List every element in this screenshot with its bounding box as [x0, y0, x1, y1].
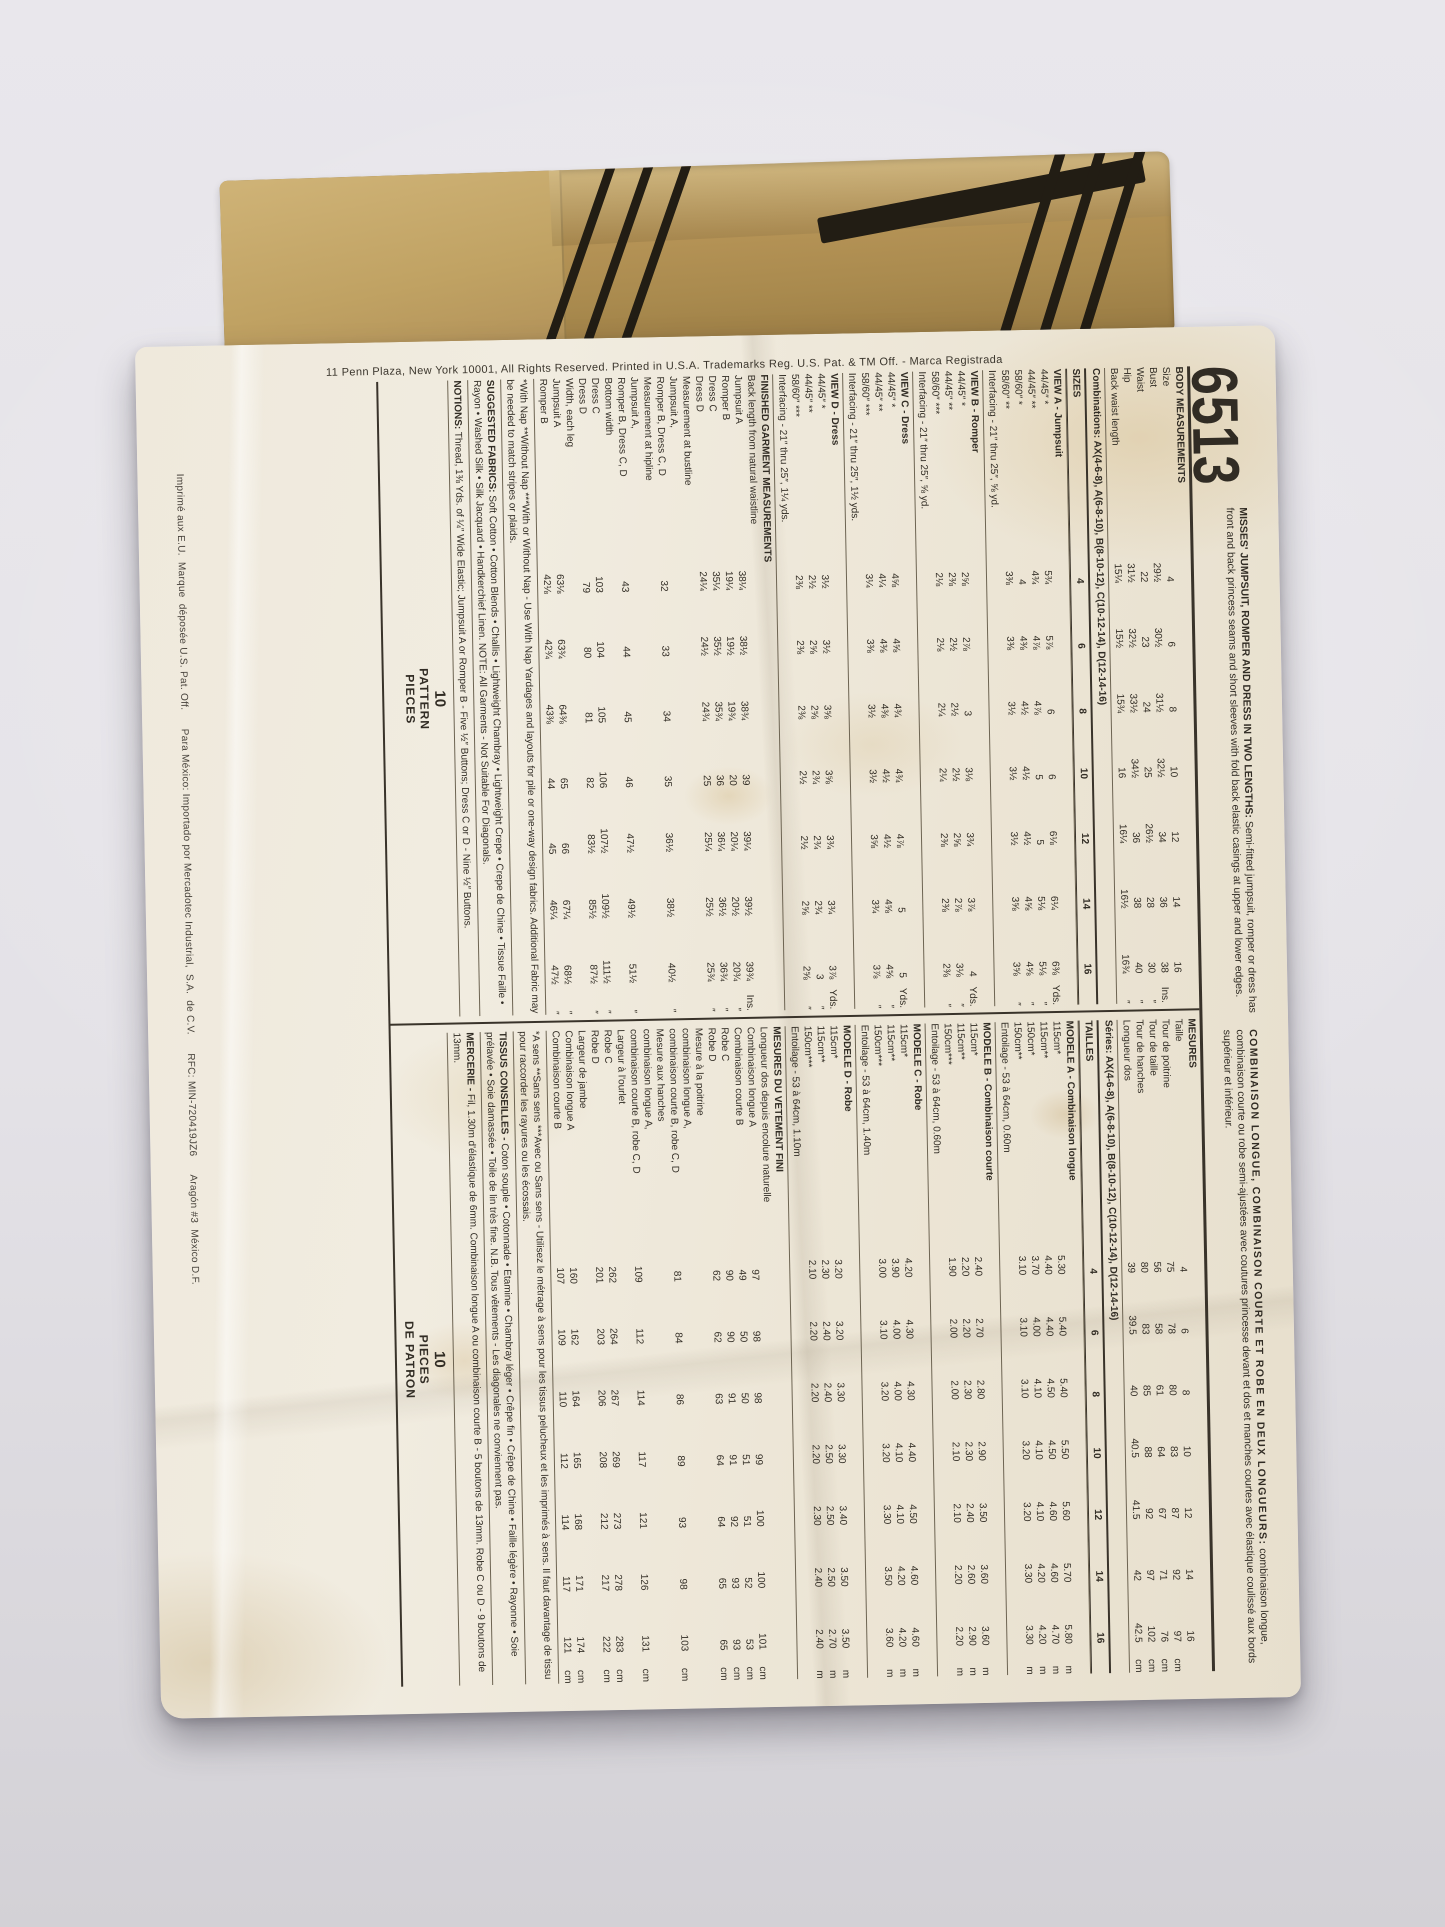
row-value: 64	[712, 1404, 726, 1466]
row-value: 5.60	[1058, 1459, 1072, 1521]
row-value: 5	[1032, 780, 1046, 845]
section-view: VIEW C - Dress44/45″ *4⅝4⅝4¾4¾4⅞55Yds.44…	[843, 372, 925, 1009]
row-value: 5.50	[1057, 1398, 1071, 1460]
row-value: 30	[1144, 908, 1158, 973]
row-value: 4.50	[1043, 1336, 1057, 1398]
row-value: 2.70	[972, 1276, 986, 1338]
row-value: 62	[708, 1219, 722, 1281]
row-value: 38	[1157, 908, 1171, 973]
row-value: 4.10	[1030, 1336, 1044, 1398]
row-unit: ″	[600, 983, 614, 1013]
row-value: 43	[617, 527, 631, 592]
row-value: 112	[632, 1283, 646, 1345]
row-value: 3.60	[978, 1584, 992, 1646]
row-value: 34	[659, 657, 673, 722]
row-value: 2.40	[820, 1341, 834, 1403]
row-value: 40.5	[1127, 1396, 1141, 1458]
row-value: 29½	[1149, 517, 1163, 582]
row-value: 2¼	[935, 716, 949, 781]
row-unit: ″	[1132, 973, 1146, 1003]
row-value: 3.10	[1017, 1337, 1031, 1399]
row-value: 106	[595, 723, 609, 788]
english-title-block: MISSES' JUMPSUIT, ROMPER AND DRESS IN TW…	[1223, 507, 1259, 1015]
row-value: 3.10	[876, 1278, 890, 1340]
row-value: 5	[1031, 715, 1045, 780]
row-value: 80	[1165, 1334, 1179, 1396]
row-value: 10	[1076, 714, 1090, 779]
row-value: 98	[675, 1528, 689, 1590]
row-value: 39¾	[742, 916, 756, 981]
row-value: 97	[1142, 1519, 1156, 1581]
row-value: 30½	[1150, 582, 1164, 647]
row-value: 3.20	[830, 1217, 844, 1279]
row-value: 4⅝	[880, 848, 894, 913]
row-value: 3⅝	[866, 783, 880, 848]
row-value: 3⅝	[1009, 910, 1023, 975]
row-unit: m	[839, 1648, 853, 1678]
row-unit: cm	[613, 1652, 627, 1682]
row-value: 31½	[1123, 517, 1137, 582]
row-value: 4.10	[891, 1401, 905, 1463]
row-value: 68½	[560, 919, 574, 984]
row-value: 3.70	[1027, 1213, 1041, 1275]
row-value: 45	[544, 789, 558, 854]
row-unit: m	[1036, 1644, 1050, 1674]
row-value: 83	[1166, 1395, 1180, 1457]
row-label: TAILLES	[1082, 1020, 1099, 1212]
row-value: 99	[751, 1403, 765, 1465]
row-value: 33½	[1126, 648, 1140, 713]
row-value: 109½	[597, 853, 611, 918]
row-value: 2.40	[819, 1279, 833, 1341]
row-unit	[1081, 974, 1095, 1004]
row-value: 3.20	[1018, 1398, 1032, 1460]
section-view: VIEW D - Dress44/45″ *3½3½3⅝3⅝3¾3¾3⅞Yds.…	[773, 373, 855, 1010]
row-value: 4⅝	[882, 913, 896, 978]
row-value: 92	[1141, 1458, 1155, 1520]
row-value: 49	[734, 1219, 748, 1281]
row-value: 2.20	[959, 1276, 973, 1338]
row-value: 2¾	[809, 784, 823, 849]
row-unit: m	[1049, 1644, 1063, 1674]
row-value: 174	[573, 1592, 587, 1654]
row-value: 71	[1155, 1519, 1169, 1581]
row-value: 5	[893, 848, 907, 913]
row-value: 3½	[865, 718, 879, 783]
printed-page: 11 Penn Plaza, New York 10001, All Right…	[166, 335, 1282, 1701]
row-value: 2.30	[809, 1464, 823, 1526]
row-unit: ″	[1036, 975, 1050, 1005]
row-unit: cm	[756, 1650, 770, 1680]
row-value: 283	[612, 1591, 626, 1653]
row-value: 38	[1129, 843, 1143, 908]
row-value: 4.00	[1029, 1275, 1043, 1337]
row-value: 201	[592, 1222, 606, 1284]
row-value: 20¾	[729, 916, 743, 981]
row-value: 38¼	[734, 525, 748, 590]
row-value: 25	[699, 721, 713, 786]
row-label: SIZES	[1069, 368, 1085, 518]
row-value: 278	[610, 1529, 624, 1591]
row-value: 2⅝	[797, 849, 811, 914]
row-value: 79	[578, 528, 592, 593]
row-value: 3.30	[833, 1340, 847, 1402]
row-unit: ″	[587, 984, 601, 1014]
row-value: 4.60	[1046, 1521, 1060, 1583]
row-value: 4.70	[1048, 1582, 1062, 1644]
paragraph-lead: SUGGESTED FABRICS:	[484, 380, 497, 493]
row-value: 3.20	[877, 1339, 891, 1401]
row-value: 24	[1139, 647, 1153, 712]
row-value: 10	[1166, 712, 1180, 777]
row-value: 82	[582, 723, 596, 788]
row-value: 2⅝	[799, 915, 813, 980]
row-unit: m	[1023, 1645, 1037, 1675]
row-value: 63⅛	[552, 528, 566, 593]
row-value: 42.5	[1131, 1581, 1145, 1643]
row-value: 3.50	[838, 1587, 852, 1649]
row-value: 264	[606, 1283, 620, 1345]
row-value: 2⅝	[949, 781, 963, 846]
row-value: 2.40	[812, 1587, 826, 1649]
row-value: 4½	[1017, 650, 1031, 715]
row-value: 114	[557, 1469, 571, 1531]
row-value: 35½	[709, 590, 723, 655]
row-unit: cm	[1132, 1642, 1146, 1672]
row-value: 46	[621, 722, 635, 787]
row-value: 92	[726, 1465, 740, 1527]
row-value: 16	[1114, 713, 1128, 778]
row-value: 36	[1128, 778, 1142, 843]
row-unit: ″	[561, 984, 575, 1014]
row-value: 62	[710, 1281, 724, 1343]
row-value: 39½	[740, 850, 754, 915]
row-value: 2.10	[948, 1400, 962, 1462]
row-value: 4	[965, 911, 979, 976]
row-value: 24½	[696, 591, 710, 656]
row-value: 168	[570, 1468, 584, 1530]
row-value: 4¾	[1027, 519, 1041, 584]
row-value: 25	[1140, 713, 1154, 778]
row-value: 3.60	[882, 1586, 896, 1648]
row-value: 2⅜	[939, 912, 953, 977]
row-value: 4⅜	[877, 652, 891, 717]
row-value: 14	[1078, 844, 1092, 909]
row-value: 3⅜	[1002, 585, 1016, 650]
section-view: MODELE C - Robe115cm*4.204.304.304.404.5…	[856, 1024, 939, 1678]
french-column: MESURESTaille46810121416Tour de poitrine…	[391, 1010, 1213, 1686]
row-value: 5⅛	[1033, 845, 1047, 910]
table-columns: BODY MEASUREMENTSSize46810121416Bust29½3…	[376, 366, 1212, 1686]
row-value: 4.30	[903, 1339, 917, 1401]
row-value: 2.40	[970, 1214, 984, 1276]
row-value: 2.20	[808, 1402, 822, 1464]
row-value: 34½	[1127, 713, 1141, 778]
row-unit	[1171, 973, 1185, 1003]
row-value: 3¾	[962, 781, 976, 846]
row-value: 6⅜	[1048, 910, 1062, 975]
row-value: 38½	[662, 852, 676, 917]
row-value: 36	[1155, 843, 1169, 908]
row-unit: ″	[1010, 976, 1024, 1006]
row-value: 121	[560, 1592, 574, 1654]
row-value: 12	[1077, 779, 1091, 844]
row-value: 2⅜	[937, 847, 951, 912]
row-value: 25¾	[703, 916, 717, 981]
paragraph-lead: MERCERIE -	[464, 1032, 476, 1091]
row-value: 100	[753, 1527, 767, 1589]
tissue-fold	[219, 170, 566, 359]
envelope: 11 Penn Plaza, New York 10001, All Right…	[135, 325, 1301, 1719]
row-value: 112	[556, 1407, 570, 1469]
row-value: 40½	[664, 917, 678, 982]
row-unit: m	[826, 1648, 840, 1678]
row-value: 3⅝	[1007, 845, 1021, 910]
imprint-line: Imprimé aux E.U. Marque déposée U.S. Pat…	[174, 474, 208, 1661]
row-unit: m	[953, 1646, 967, 1676]
row-value: 2⅜	[791, 524, 805, 589]
row-value: 8	[1165, 647, 1179, 712]
row-value: 2.50	[822, 1464, 836, 1526]
row-value: 15½	[1111, 583, 1125, 648]
row-unit: Yds.	[896, 978, 910, 1008]
row-unit: cm	[730, 1650, 744, 1680]
row-value: 40	[1126, 1335, 1140, 1397]
row-value: 2½	[945, 586, 959, 651]
row-value: 4.10	[1032, 1460, 1046, 1522]
row-value: 117	[634, 1406, 648, 1468]
row-value: 2⅜	[794, 654, 808, 719]
row-value: 52	[740, 1527, 754, 1589]
row-value: 2.20	[950, 1523, 964, 1585]
row-value: 2⅜	[792, 589, 806, 654]
row-value: 109	[554, 1284, 568, 1346]
row-value: 4½	[1019, 780, 1033, 845]
row-value: 4.50	[1044, 1398, 1058, 1460]
row-value: 39	[1123, 1212, 1137, 1274]
row-value: 41.5	[1128, 1458, 1142, 1520]
row-value: 3.50	[836, 1525, 850, 1587]
row-value: 16	[1170, 907, 1184, 972]
row-value: 65	[714, 1527, 728, 1589]
row-unit: Yds.	[826, 979, 840, 1009]
row-value: 80	[1136, 1211, 1150, 1273]
row-value: 217	[597, 1530, 611, 1592]
row-unit: ″	[1145, 973, 1159, 1003]
row-value: 2⅛	[932, 586, 946, 651]
row-value: 16	[1093, 1582, 1107, 1644]
row-value: 2.30	[961, 1399, 975, 1461]
row-value: 36½	[714, 851, 728, 916]
row-value: 4½	[879, 783, 893, 848]
row-unit: cm	[639, 1652, 653, 1682]
row-value: 2¼	[934, 651, 948, 716]
row-unit	[1094, 1643, 1108, 1673]
row-unit: ″	[626, 983, 640, 1013]
row-unit: cm	[678, 1651, 692, 1681]
row-unit: m	[896, 1647, 910, 1677]
row-unit: ″	[870, 978, 884, 1008]
row-value: 64	[713, 1466, 727, 1528]
section-view: VIEW B - Romper44/45″ *2⅝2⅞33⅛3¾3⅞4Yds.4…	[913, 370, 995, 1007]
row-value: 6⅛	[1045, 779, 1059, 844]
row-value: 3½	[864, 653, 878, 718]
row-value: 34	[1154, 777, 1168, 842]
row-value: 117	[558, 1530, 572, 1592]
row-value: 5.40	[1055, 1274, 1069, 1336]
english-column: BODY MEASUREMENTSSize46810121416Bust29½3…	[378, 366, 1199, 1025]
row-value: 32½	[1124, 583, 1138, 648]
row-unit: ″	[1119, 974, 1133, 1004]
row-value: 36½	[661, 787, 675, 852]
row-value: 160	[566, 1222, 580, 1284]
row-value: 4½	[878, 718, 892, 783]
row-value: 39¼	[739, 785, 753, 850]
row-value: 3.90	[887, 1216, 901, 1278]
row-value: 4	[1162, 517, 1176, 582]
row-value: 16½	[1116, 843, 1130, 908]
row-value: 126	[636, 1529, 650, 1591]
row-value: 2.60	[963, 1523, 977, 1585]
row-value: 3.20	[832, 1279, 846, 1341]
row-value: 32½	[1153, 712, 1167, 777]
row-value: 39.5	[1125, 1273, 1139, 1335]
row-value: 10	[1089, 1397, 1103, 1459]
row-unit: cm	[1171, 1642, 1185, 1672]
row-value: 78	[1164, 1272, 1178, 1334]
section-finished: FINISHED GARMENT MEASUREMENTSBack length…	[534, 374, 785, 1014]
page-content: 6513 MISSES' JUMPSUIT, ROMPER AND DRESS …	[376, 365, 1271, 1686]
row-value: 5.40	[1056, 1336, 1070, 1398]
row-value: 3⅝	[820, 654, 834, 719]
row-value: 3.30	[834, 1402, 848, 1464]
row-value: 47½	[622, 788, 636, 853]
row-value: 6	[1044, 714, 1058, 779]
row-value: 105	[594, 658, 608, 723]
paragraph-lead: TISSUS CONSEILLES -	[497, 1032, 510, 1141]
row-value: 2.00	[947, 1338, 961, 1400]
row-value: 14	[1091, 1520, 1105, 1582]
row-unit: Yds.	[1049, 975, 1063, 1005]
row-value: 4	[1014, 519, 1028, 584]
row-value: 2.20	[806, 1279, 820, 1341]
row-value: 90	[721, 1219, 735, 1281]
row-unit: Ins.	[743, 981, 757, 1011]
row-value: 2.50	[821, 1402, 835, 1464]
row-value: 2¾	[810, 849, 824, 914]
row-value: 3⅞	[825, 914, 839, 979]
row-unit: ″	[730, 981, 744, 1011]
row-value: 5¾	[1040, 519, 1054, 584]
row-value: 107½	[596, 788, 610, 853]
row-value: 164	[568, 1345, 582, 1407]
row-unit: ″	[717, 981, 731, 1011]
row-value: 4.30	[902, 1277, 916, 1339]
row-value: 2.20	[807, 1341, 821, 1403]
row-unit: m	[979, 1645, 993, 1675]
row-value: 103	[677, 1590, 691, 1652]
row-value: 4.00	[890, 1339, 904, 1401]
row-value: 3¾	[822, 784, 836, 849]
row-unit: ″	[1023, 975, 1037, 1005]
row-value: 23	[1137, 582, 1151, 647]
row-value: 46¼	[545, 854, 559, 919]
row-value: 16¼	[1115, 778, 1129, 843]
row-value: 98	[750, 1342, 764, 1404]
row-unit: cm	[1158, 1642, 1172, 1672]
row-value: 25½	[701, 851, 715, 916]
row-value: 4.20	[900, 1216, 914, 1278]
row-value: 107	[553, 1222, 567, 1284]
row-value: 45	[620, 657, 634, 722]
row-value: 4.20	[893, 1524, 907, 1586]
row-value: 4.60	[906, 1524, 920, 1586]
row-value: 36¼	[713, 786, 727, 851]
row-value: 2.30	[960, 1338, 974, 1400]
row-value: 8	[1075, 649, 1089, 714]
row-value: 4⅝	[887, 522, 901, 587]
row-value: 16¾	[1118, 908, 1132, 973]
row-value: 4½	[1018, 715, 1032, 780]
row-unit: cm	[574, 1653, 588, 1683]
section-view: MODELE D - Robe115cm*3.203.203.303.303.4…	[786, 1025, 869, 1679]
row-value: 26½	[1141, 778, 1155, 843]
row-value: 64⅜	[555, 659, 569, 724]
row-value: 38¾	[737, 655, 751, 720]
row-value: 36	[712, 721, 726, 786]
row-unit: m	[813, 1649, 827, 1679]
row-value: 3⅛	[952, 912, 966, 977]
row-value: 67	[1154, 1457, 1168, 1519]
row-value: 20¼	[726, 786, 740, 851]
row-value: 91	[725, 1404, 739, 1466]
row-value: 2.90	[965, 1584, 979, 1646]
row-unit: m	[966, 1646, 980, 1676]
row-value: 2⅝	[807, 654, 821, 719]
row-value: 3.20	[1019, 1460, 1033, 1522]
row-value: 3⅜	[1001, 520, 1015, 585]
row-value: 15¾	[1113, 648, 1127, 713]
row-unit: ″	[940, 977, 954, 1007]
row-value: 4.20	[895, 1585, 909, 1647]
paragraph-lead: NOTIONS:	[451, 380, 463, 429]
row-value: 67¼	[558, 854, 572, 919]
row-value: 2¾	[808, 719, 822, 784]
row-value: 15¼	[1110, 518, 1124, 583]
row-unit: ″	[813, 979, 827, 1009]
row-value: 83½	[583, 788, 597, 853]
row-value: 4.60	[1045, 1459, 1059, 1521]
row-value: 2.90	[974, 1399, 988, 1461]
row-value: 35	[660, 722, 674, 787]
row-value: 3½	[1005, 715, 1019, 780]
row-value: 2⅝	[957, 521, 971, 586]
row-value: 12	[1090, 1458, 1104, 1520]
row-value: 20½	[727, 851, 741, 916]
row-value: 44	[618, 592, 632, 657]
row-value: 2½	[796, 784, 810, 849]
row-value: 20	[725, 720, 739, 785]
row-value: 3.10	[1014, 1214, 1028, 1276]
row-value: 2.40	[962, 1461, 976, 1523]
row-value: 16	[1080, 909, 1094, 974]
row-value: 3	[812, 914, 826, 979]
row-value: 2⅜	[936, 782, 950, 847]
row-value: 10	[1179, 1395, 1193, 1457]
row-value: 49½	[623, 853, 637, 918]
row-value: 2.20	[957, 1215, 971, 1277]
row-value: 66	[557, 789, 571, 854]
